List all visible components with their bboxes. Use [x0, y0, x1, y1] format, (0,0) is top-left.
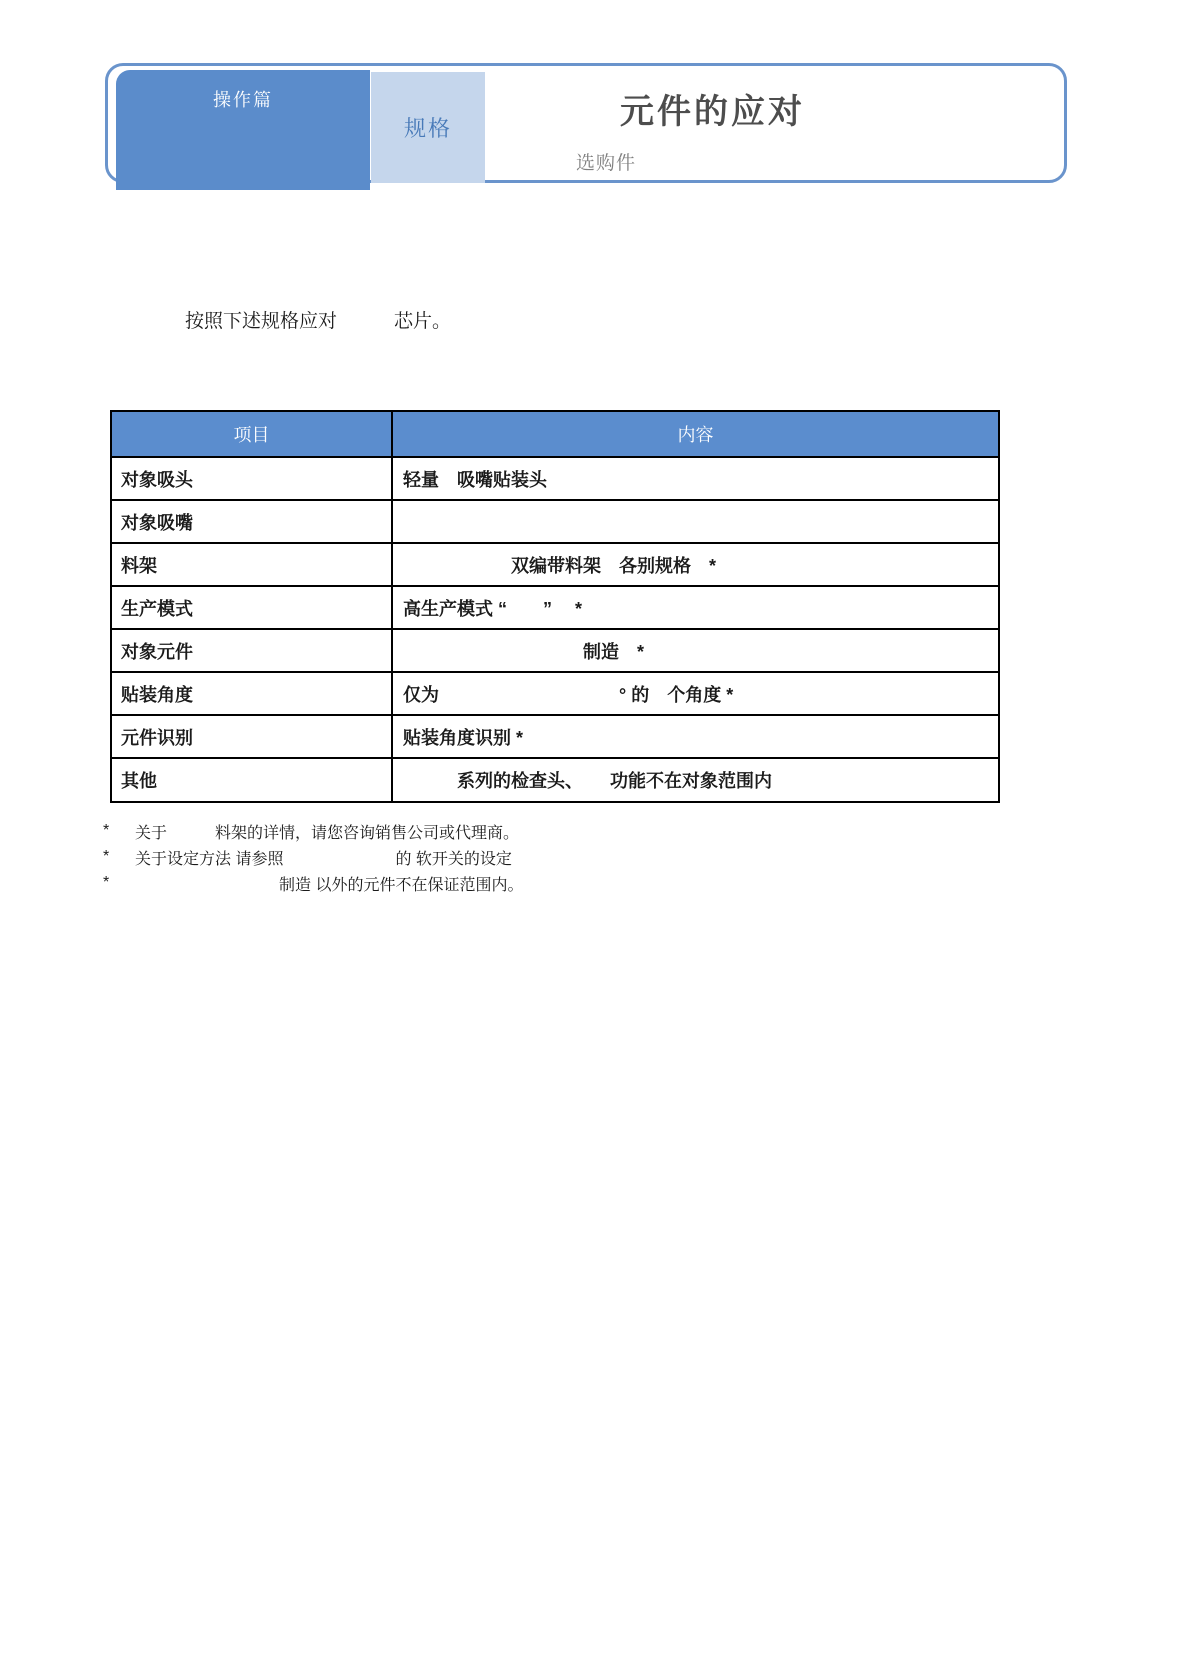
row-content — [393, 501, 998, 542]
table-row: 元件识别 贴装角度识别 * — [112, 716, 998, 759]
intro-text: 按照下述规格应对 芯片。 — [185, 306, 451, 333]
column-header-item: 项目 — [112, 412, 393, 456]
section-box: 规格 — [371, 72, 485, 183]
page-title: 元件的应对 — [485, 84, 940, 133]
row-label: 生产模式 — [112, 587, 393, 628]
footnote-text: 制造 以外的元件不在保证范围内。 — [135, 872, 523, 895]
row-content: 轻量 吸嘴贴装头 — [393, 458, 998, 499]
chapter-box: 操作篇 — [116, 70, 370, 190]
table-row: 贴装角度 仅为 ° 的 个角度 * — [112, 673, 998, 716]
row-content: 制造 * — [393, 630, 998, 671]
row-content: 仅为 ° 的 个角度 * — [393, 673, 998, 714]
footnote-text: 关于 料架的详情，请您咨询销售公司或代理商。 — [135, 820, 519, 843]
row-label: 元件识别 — [112, 716, 393, 757]
row-label: 对象元件 — [112, 630, 393, 671]
table-row: 对象吸嘴 — [112, 501, 998, 544]
footnote: * 制造 以外的元件不在保证范围内。 — [103, 870, 1003, 896]
header-banner: 操作篇 规格 元件的应对 选购件 — [105, 63, 1067, 183]
footnote-text: 关于设定方法 请参照 的 软开关的设定 — [135, 846, 512, 869]
column-header-content: 内容 — [393, 412, 998, 456]
row-label: 贴装角度 — [112, 673, 393, 714]
row-label: 料架 — [112, 544, 393, 585]
table-row: 其他 系列的检查头、 功能不在对象范围内 — [112, 759, 998, 801]
footnote-marker: * — [103, 848, 135, 866]
row-content: 贴装角度识别 * — [393, 716, 998, 757]
footnote: * 关于设定方法 请参照 的 软开关的设定 — [103, 844, 1003, 870]
table-row: 料架 双编带料架 各别规格 * — [112, 544, 998, 587]
row-label: 其他 — [112, 759, 393, 801]
row-content: 双编带料架 各别规格 * — [393, 544, 998, 585]
chapter-label: 操作篇 — [116, 86, 370, 112]
row-label: 对象吸头 — [112, 458, 393, 499]
page-subtitle: 选购件 — [576, 148, 636, 175]
spec-table: 项目 内容 对象吸头 轻量 吸嘴贴装头 对象吸嘴 料架 双编带料架 各别规格 *… — [110, 410, 1000, 803]
footnote-marker: * — [103, 874, 135, 892]
table-header-row: 项目 内容 — [112, 412, 998, 458]
table-row: 对象吸头 轻量 吸嘴贴装头 — [112, 458, 998, 501]
footnote: * 关于 料架的详情，请您咨询销售公司或代理商。 — [103, 818, 1003, 844]
row-label: 对象吸嘴 — [112, 501, 393, 542]
footnotes: * 关于 料架的详情，请您咨询销售公司或代理商。 * 关于设定方法 请参照 的 … — [103, 818, 1003, 896]
row-content: 系列的检查头、 功能不在对象范围内 — [393, 759, 998, 801]
footnote-marker: * — [103, 822, 135, 840]
table-row: 生产模式 高生产模式 “ ” * — [112, 587, 998, 630]
row-content: 高生产模式 “ ” * — [393, 587, 998, 628]
section-label: 规格 — [404, 112, 452, 143]
document-page: 操作篇 规格 元件的应对 选购件 按照下述规格应对 芯片。 项目 内容 对象吸头… — [0, 0, 1184, 1675]
table-row: 对象元件 制造 * — [112, 630, 998, 673]
